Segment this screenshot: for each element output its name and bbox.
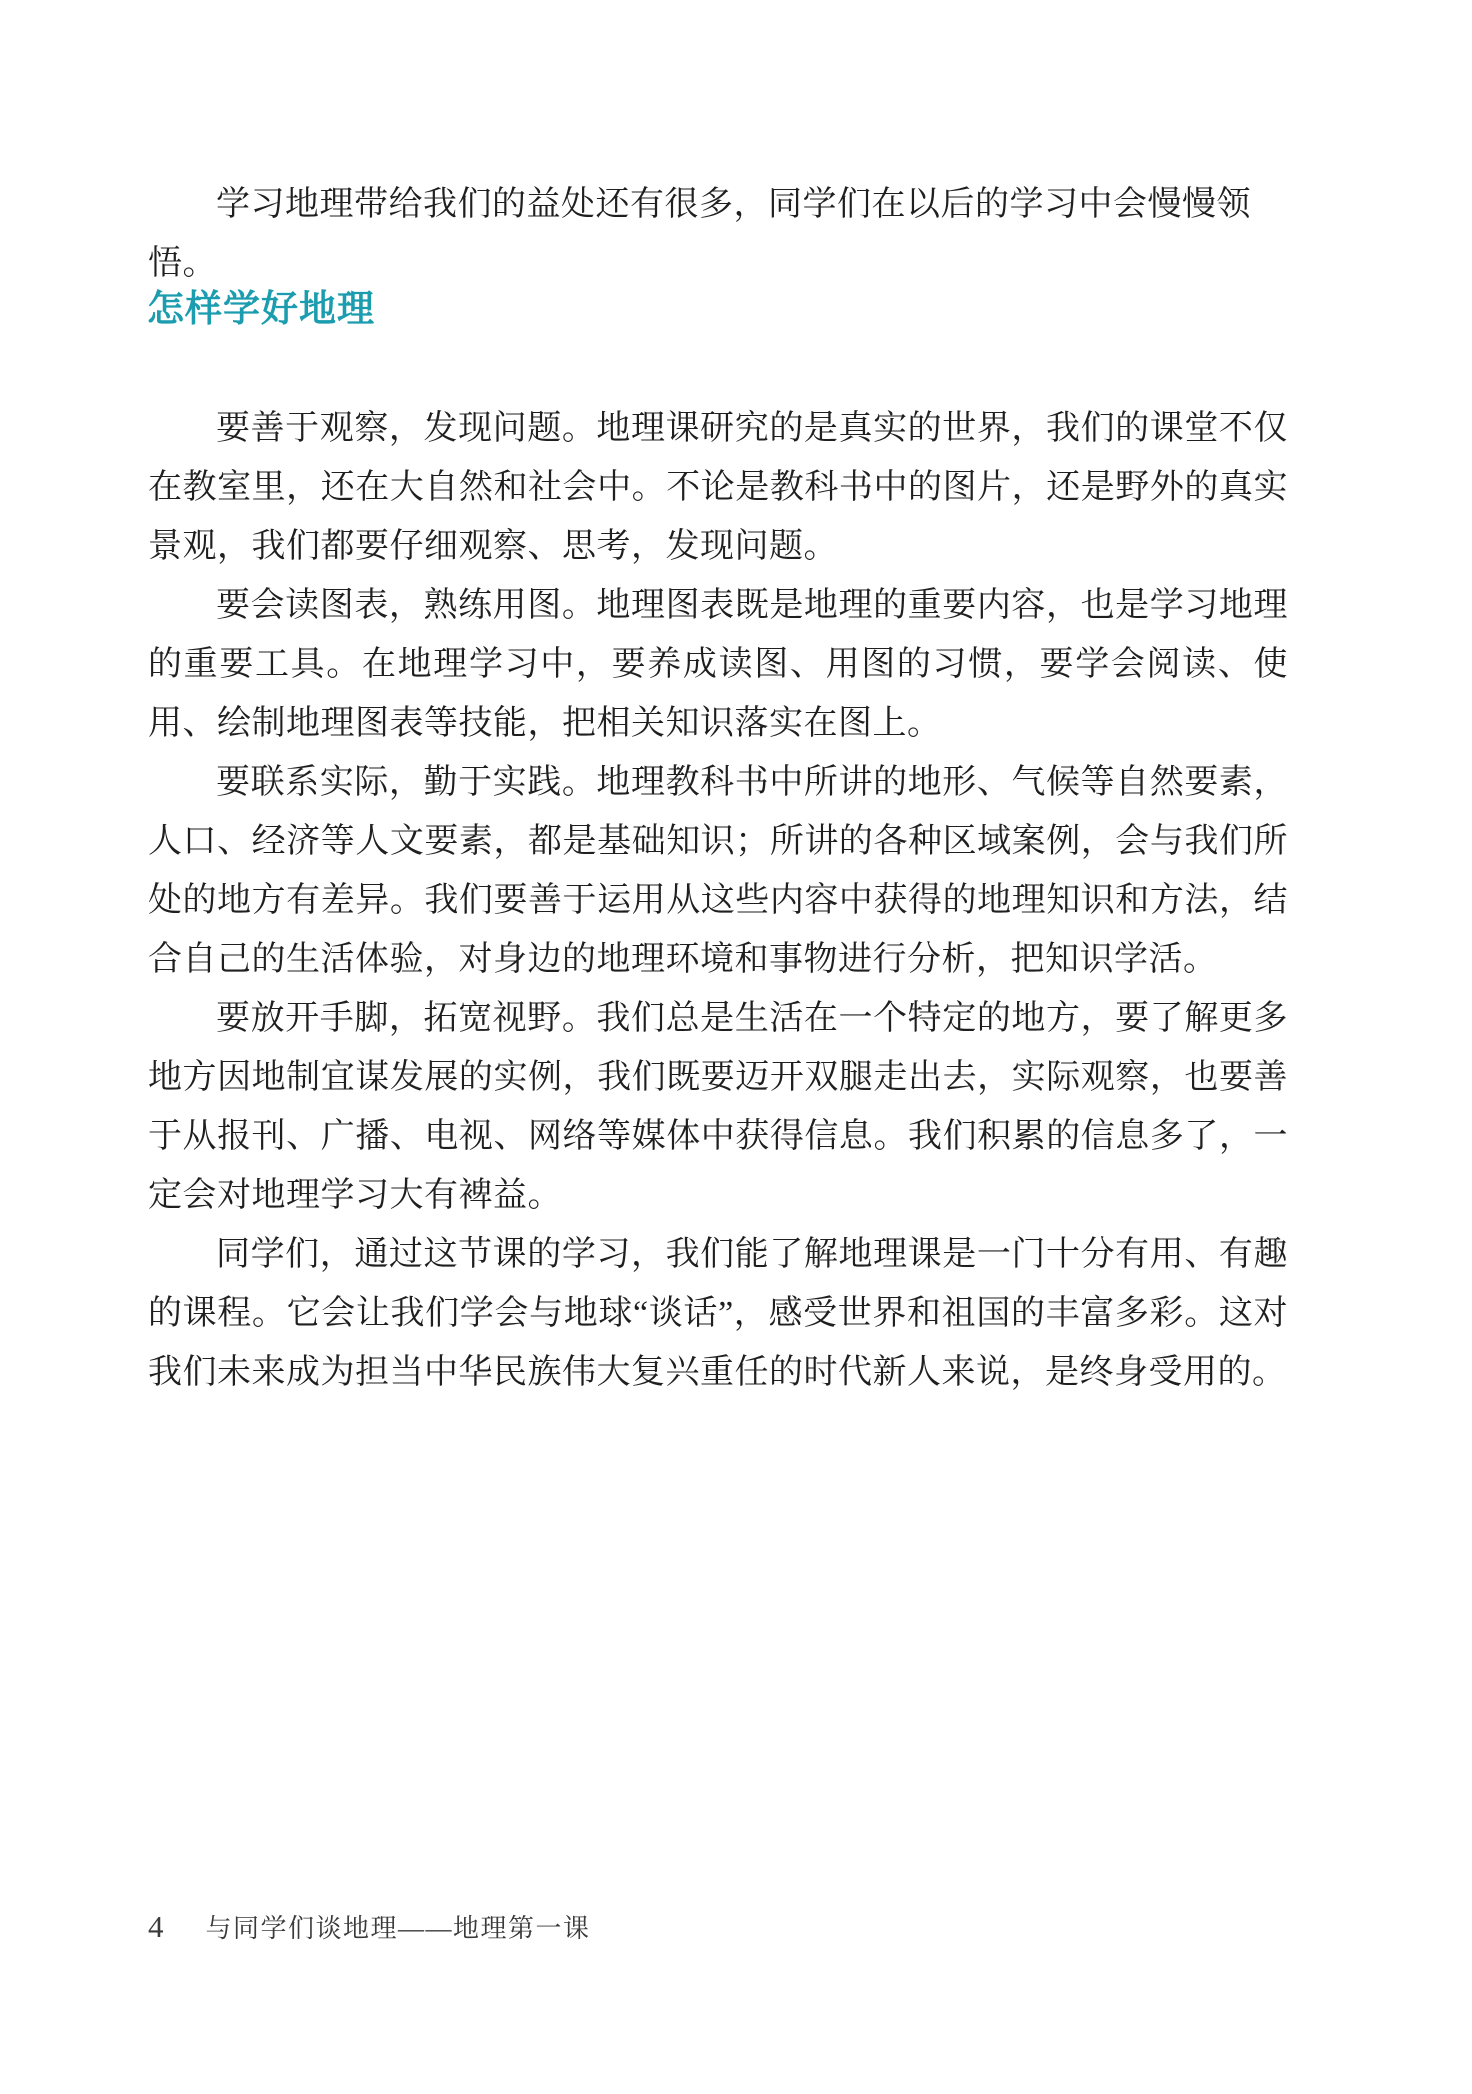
intro-paragraph: 学习地理带给我们的益处还有很多，同学们在以后的学习中会慢慢领悟。 — [148, 175, 1288, 293]
paragraph-conclusion: 同学们，通过这节课的学习，我们能了解地理课是一门十分有用、有趣的课程。它会让我们… — [148, 1225, 1288, 1402]
page-footer: 4 与同学们谈地理——地理第一课 — [148, 1908, 591, 1948]
body-text-block: 要善于观察，发现问题。地理课研究的是真实的世界，我们的课堂不仅在教室里，还在大自… — [148, 399, 1288, 1402]
paragraph-observe: 要善于观察，发现问题。地理课研究的是真实的世界，我们的课堂不仅在教室里，还在大自… — [148, 399, 1288, 576]
page-number: 4 — [148, 1908, 164, 1946]
running-title: 与同学们谈地理——地理第一课 — [206, 1910, 591, 1948]
paragraph-practice: 要联系实际，勤于实践。地理教科书中所讲的地形、气候等自然要素，人口、经济等人文要… — [148, 753, 1288, 989]
textbook-page: 学习地理带给我们的益处还有很多，同学们在以后的学习中会慢慢领悟。 怎样学好地理 … — [0, 0, 1472, 2094]
paragraph-broaden-horizons: 要放开手脚，拓宽视野。我们总是生活在一个特定的地方，要了解更多地方因地制宜谋发展… — [148, 989, 1288, 1225]
section-heading: 怎样学好地理 — [147, 288, 375, 332]
paragraph-read-maps: 要会读图表，熟练用图。地理图表既是地理的重要内容，也是学习地理的重要工具。在地理… — [148, 576, 1288, 753]
